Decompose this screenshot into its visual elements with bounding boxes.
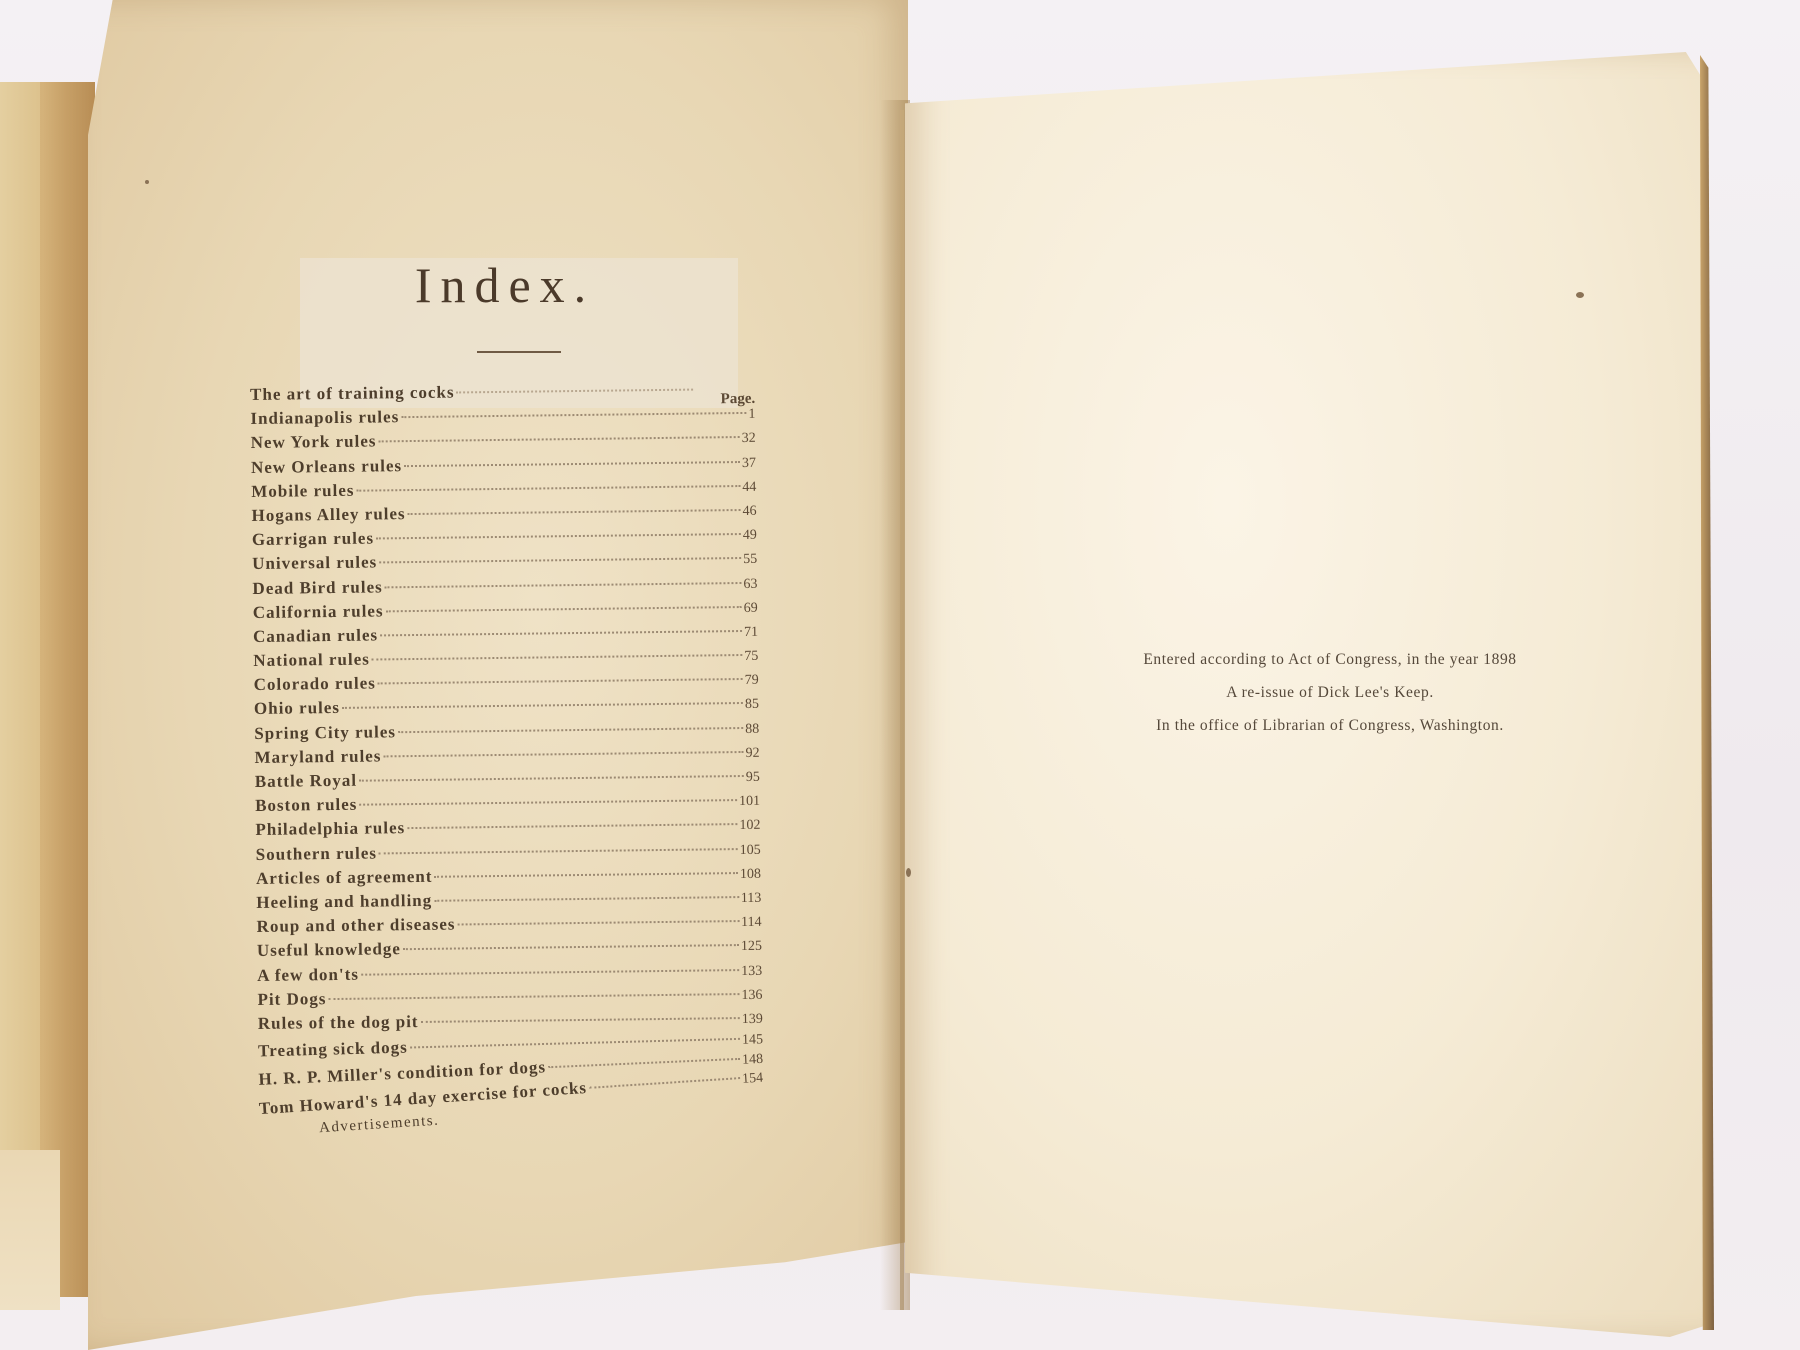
leader-dots [379, 847, 738, 854]
leader-dots [385, 581, 742, 588]
leader-dots [328, 992, 739, 1000]
entry-page: 108 [740, 867, 761, 883]
leader-dots [401, 411, 746, 418]
leader-dots [398, 726, 743, 733]
leader-dots [548, 1057, 740, 1068]
leader-dots [407, 822, 737, 829]
leader-dots [434, 895, 739, 902]
entry-page: 101 [739, 794, 760, 810]
entry-page: 46 [742, 504, 756, 520]
entry-label: New York rules [251, 432, 377, 454]
entry-label: Garrigan rules [252, 529, 374, 550]
entry-label: Rules of the dog pit [258, 1012, 419, 1034]
leader-dots [383, 750, 743, 757]
entry-page: 92 [745, 746, 759, 762]
leader-dots [359, 798, 737, 806]
paper-speck [1576, 292, 1584, 298]
entry-page: 136 [741, 987, 762, 1003]
leader-dots [359, 774, 744, 782]
entry-label: New Orleans rules [251, 456, 402, 478]
entry-label: Battle Royal [255, 771, 357, 792]
entry-label: The art of training cocks [250, 383, 455, 405]
index-list: Page. The art of training cocks Indianap… [250, 379, 764, 1135]
index-title: Index. [300, 256, 710, 314]
entry-label: Heeling and handling [256, 891, 432, 913]
leader-dots [404, 460, 740, 467]
leader-dots [457, 919, 739, 925]
entry-label: Mobile rules [251, 480, 354, 501]
entry-page: 105 [740, 842, 761, 858]
entry-page: 139 [742, 1012, 763, 1028]
entry-label: Articles of agreement [256, 867, 433, 889]
entry-page: 49 [743, 528, 757, 544]
leader-dots [361, 968, 739, 976]
entry-label: Spring City rules [254, 722, 396, 744]
entry-page: 37 [742, 455, 756, 471]
entry-label: Pit Dogs [257, 989, 326, 1010]
entry-label: A few don'ts [257, 964, 359, 985]
leader-dots [378, 435, 739, 442]
leader-dots [356, 484, 740, 492]
entry-page: 1 [748, 407, 755, 423]
leader-dots [421, 1016, 740, 1023]
entry-label: Useful knowledge [257, 940, 401, 962]
leader-dots [408, 508, 741, 515]
entry-page: 55 [743, 552, 757, 568]
entry-page: 71 [744, 625, 758, 641]
entry-label: Ohio rules [254, 698, 340, 719]
copyright-notice: Entered according to Act of Congress, in… [1070, 643, 1590, 742]
entry-label: Roup and other diseases [257, 915, 456, 937]
leader-dots [376, 532, 741, 539]
entry-page: 145 [742, 1032, 763, 1049]
entry-label: Southern rules [256, 843, 377, 864]
leader-dots [385, 605, 741, 612]
entry-label: Maryland rules [254, 746, 381, 768]
entry-page: 133 [741, 963, 762, 979]
entry-page: 125 [741, 939, 762, 955]
entry-label: California rules [253, 601, 384, 623]
leader-dots [378, 677, 743, 684]
leader-dots [372, 653, 743, 661]
entry-page: 102 [739, 818, 760, 834]
entry-page: 114 [741, 915, 762, 931]
entry-page: 88 [745, 721, 759, 737]
leader-dots [589, 1076, 740, 1089]
entry-label: Canadian rules [253, 625, 378, 647]
leader-dots [380, 629, 742, 636]
entry-label: Universal rules [252, 553, 377, 575]
page-column-label: Page. [721, 391, 756, 408]
leader-dots [457, 388, 694, 394]
entry-page: 95 [746, 770, 760, 786]
entry-page: 154 [742, 1071, 764, 1088]
entry-label: Boston rules [255, 795, 357, 816]
leader-dots [379, 556, 741, 563]
leader-dots [342, 701, 743, 709]
entry-label: Dead Bird rules [252, 577, 382, 599]
entry-label: National rules [253, 650, 370, 671]
title-divider [477, 351, 561, 353]
entry-page: 79 [745, 673, 759, 689]
entry-page: 75 [744, 649, 758, 665]
entry-label: Hogans Alley rules [251, 504, 405, 526]
entry-label: Treating sick dogs [258, 1038, 408, 1062]
entry-page: 44 [742, 480, 756, 496]
copyright-line-3: In the office of Librarian of Congress, … [1070, 709, 1590, 742]
background-book-pages [0, 1150, 60, 1310]
entry-page: 63 [743, 576, 757, 592]
leader-dots [410, 1037, 740, 1049]
copyright-line-2: A re-issue of Dick Lee's Keep. [1070, 676, 1590, 709]
leader-dots [434, 871, 738, 878]
paper-speck [906, 868, 911, 877]
entry-page: 113 [741, 891, 762, 907]
book-gutter [900, 110, 904, 1310]
entry-page: 85 [745, 697, 759, 713]
paper-speck [145, 180, 149, 184]
leader-dots [403, 943, 739, 950]
entry-page: 69 [744, 601, 758, 617]
entry-label: Colorado rules [254, 674, 376, 695]
photo-scene: Index. Page. The art of training cocks I… [0, 0, 1800, 1350]
entry-label: Philadelphia rules [255, 819, 405, 841]
background-book-edge [40, 82, 95, 1297]
entry-page: 32 [742, 431, 756, 447]
entry-label: Indianapolis rules [250, 407, 399, 429]
copyright-line-1: Entered according to Act of Congress, in… [1070, 643, 1590, 676]
